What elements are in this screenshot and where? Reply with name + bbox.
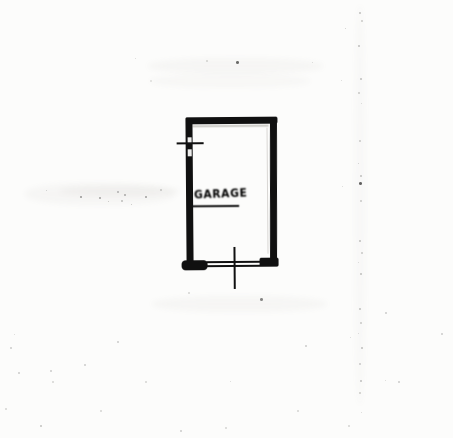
scan-smudge bbox=[150, 74, 310, 88]
scan-speck bbox=[361, 103, 362, 104]
scan-speck bbox=[18, 372, 20, 374]
scan-speck bbox=[360, 78, 362, 80]
scan-speck bbox=[236, 61, 239, 64]
scan-speck bbox=[360, 175, 362, 177]
scan-speck bbox=[84, 364, 86, 366]
scan-speck bbox=[260, 298, 263, 301]
scan-speck bbox=[40, 425, 42, 427]
scan-smudge bbox=[354, 5, 366, 405]
scan-speck bbox=[150, 80, 152, 82]
scan-speck bbox=[180, 430, 182, 432]
scan-speck bbox=[350, 337, 351, 338]
scan-speck bbox=[358, 262, 359, 263]
scan-speck bbox=[5, 408, 7, 410]
scan-speck bbox=[108, 201, 109, 202]
window-break-lower bbox=[188, 149, 192, 156]
scan-speck bbox=[230, 381, 231, 382]
scan-speck bbox=[341, 80, 342, 81]
scan-speck bbox=[297, 410, 299, 412]
scan-speck bbox=[10, 347, 12, 349]
wall-inner-edge-top bbox=[192, 125, 268, 128]
scan-speck bbox=[360, 322, 362, 324]
scan-speck bbox=[52, 381, 54, 383]
scan-speck bbox=[361, 252, 363, 254]
wall-top bbox=[185, 117, 277, 125]
scan-speck bbox=[359, 363, 361, 365]
scan-speck bbox=[145, 196, 147, 198]
scan-speck bbox=[14, 334, 15, 335]
left-wall-dimension-tick bbox=[177, 142, 204, 144]
scan-speck bbox=[117, 341, 119, 343]
scan-speck bbox=[358, 45, 360, 47]
wall-right bbox=[270, 117, 277, 266]
scan-speck bbox=[121, 200, 123, 202]
scan-speck bbox=[342, 186, 343, 187]
scan-speck bbox=[385, 380, 386, 381]
scanned-floorplan-page: GARAGE bbox=[0, 0, 453, 438]
scan-speck bbox=[206, 60, 208, 62]
scan-smudge bbox=[60, 186, 180, 196]
scan-speck bbox=[359, 392, 361, 394]
wall-inner-edge-right bbox=[267, 128, 269, 254]
scan-speck bbox=[160, 189, 162, 191]
room-label: GARAGE bbox=[194, 186, 266, 202]
scan-smudge bbox=[152, 296, 327, 312]
scan-speck bbox=[117, 191, 119, 193]
scan-speck bbox=[305, 345, 307, 347]
scan-speck bbox=[359, 240, 361, 242]
scan-speck bbox=[348, 425, 350, 427]
scan-speck bbox=[145, 381, 147, 383]
scan-speck bbox=[358, 92, 360, 94]
scan-speck bbox=[361, 347, 363, 349]
scan-speck bbox=[359, 308, 361, 310]
scan-speck bbox=[131, 204, 132, 205]
scan-speck bbox=[124, 194, 126, 196]
scan-speck bbox=[312, 62, 313, 63]
room-label-underline bbox=[187, 205, 239, 207]
scan-speck bbox=[358, 333, 359, 334]
scan-speck bbox=[50, 370, 52, 372]
scan-speck bbox=[360, 380, 362, 382]
scan-speck bbox=[99, 197, 101, 199]
scan-speck bbox=[359, 140, 361, 142]
scan-speck bbox=[345, 28, 346, 29]
scan-speck bbox=[385, 312, 387, 314]
scan-speck bbox=[361, 412, 362, 413]
scan-speck bbox=[441, 333, 443, 335]
bottom-wall-dimension-tick bbox=[233, 247, 235, 289]
scan-speck bbox=[188, 292, 190, 294]
scan-speck bbox=[135, 58, 136, 59]
scan-speck bbox=[398, 381, 400, 383]
scan-speck bbox=[358, 163, 359, 164]
scan-speck bbox=[360, 200, 362, 202]
scan-speck bbox=[100, 410, 102, 412]
scan-speck bbox=[46, 190, 47, 191]
scan-speck bbox=[359, 12, 361, 14]
scan-speck bbox=[360, 273, 362, 275]
scan-speck bbox=[80, 196, 82, 198]
scan-speck bbox=[361, 20, 363, 22]
scan-speck bbox=[225, 427, 227, 429]
scan-speck bbox=[359, 182, 362, 185]
